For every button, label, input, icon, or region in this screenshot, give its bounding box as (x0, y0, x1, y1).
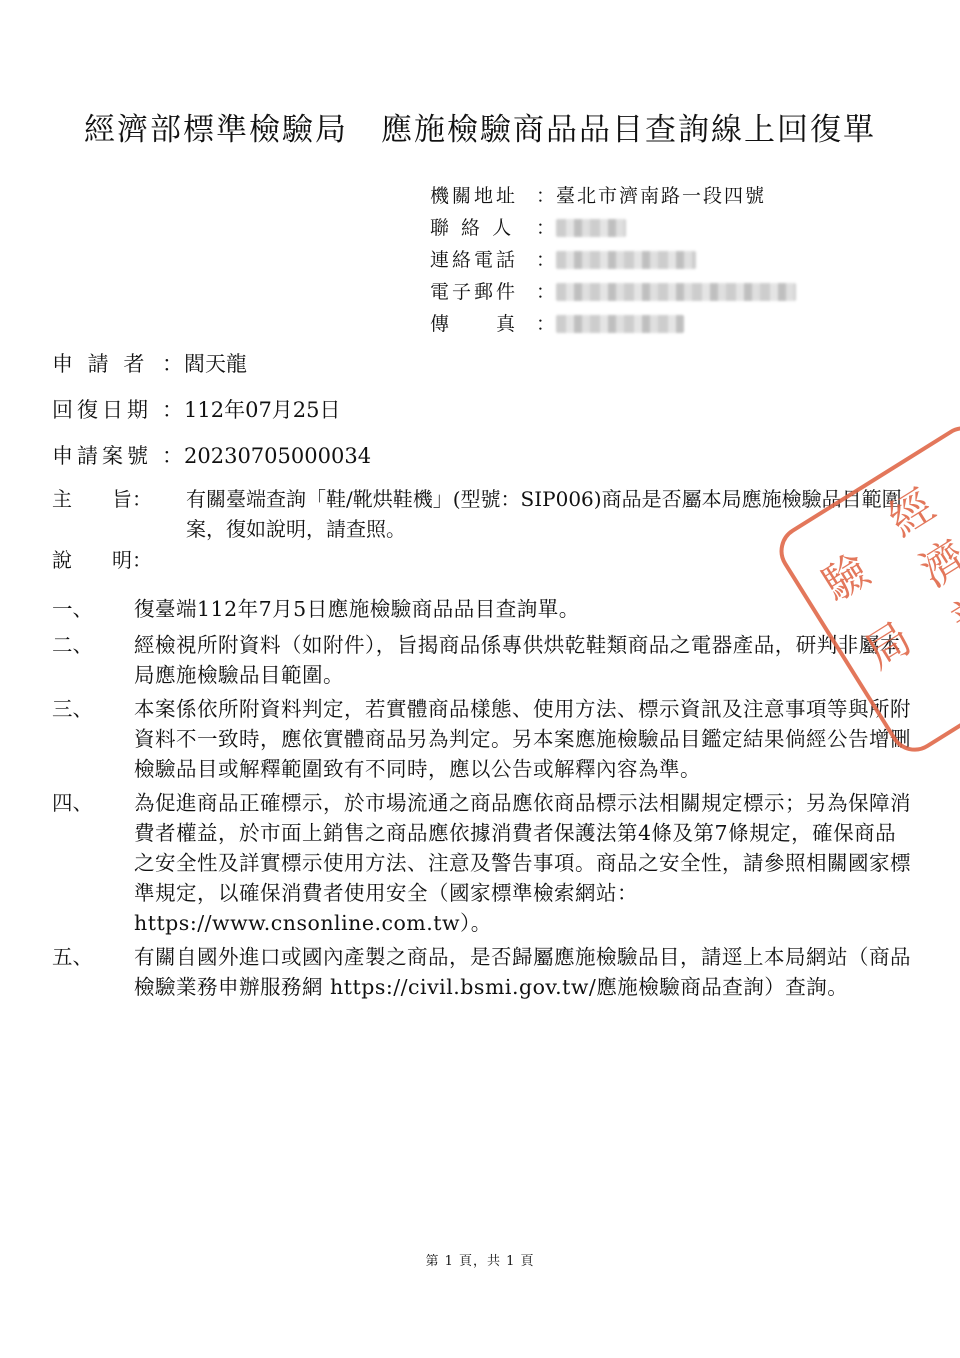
item-text: 為促進商品正確標示，於市場流通之商品應依商品標示法相關規定標示；另為保障消費者權… (134, 788, 912, 938)
email-label: 電子郵件 (430, 276, 536, 308)
applicant-value: 閻天龍 (184, 352, 247, 376)
list-item: 四、 為促進商品正確標示，於市場流通之商品應依商品標示法相關規定標示；另為保障消… (52, 788, 912, 938)
seal-char: 部 (937, 573, 960, 651)
item-number: 四、 (52, 788, 134, 938)
contact-person-row: 聯 絡 人 ： (430, 212, 796, 244)
colon: ： (536, 244, 550, 276)
colon: ： (162, 348, 184, 378)
explanation-list: 一、 復臺端112年7月5日應施檢驗商品品目查詢單。 二、 經檢視所附資料（如附… (52, 594, 912, 1006)
applicant-row: 申 請 者：閻天龍 (52, 348, 247, 378)
item-number: 五、 (52, 942, 134, 1002)
reply-date-label: 回復日期 (52, 394, 162, 424)
case-number-label: 申請案號 (52, 440, 162, 470)
list-item: 一、 復臺端112年7月5日應施檢驗商品品目查詢單。 (52, 594, 912, 624)
colon: ： (162, 394, 184, 424)
colon: ： (536, 308, 550, 340)
case-number-value: 20230705000034 (184, 444, 371, 468)
colon: ： (536, 212, 550, 244)
item-number: 三、 (52, 694, 134, 784)
fax-label: 傳 真 (430, 308, 536, 340)
address-value: 臺北市濟南路一段四號 (556, 180, 766, 212)
subject-label: 主 旨： (52, 484, 152, 514)
list-item: 五、 有關自國外進口或國內產製之商品，是否歸屬應施檢驗品目，請逕上本局網站（商品… (52, 942, 912, 1002)
contact-fax-row: 傳 真 ： (430, 308, 796, 340)
applicant-label: 申 請 者 (52, 348, 162, 378)
address-label: 機關地址 (430, 180, 536, 212)
case-number-row: 申請案號：20230705000034 (52, 440, 371, 470)
list-item: 二、 經檢視所附資料（如附件），旨揭商品係專供烘乾鞋類商品之電器產品，研判非屬本… (52, 630, 912, 690)
person-label: 聯 絡 人 (430, 212, 536, 244)
phone-label: 連絡電話 (430, 244, 536, 276)
colon: ： (536, 180, 550, 212)
item-text: 復臺端112年7月5日應施檢驗商品品目查詢單。 (134, 594, 912, 624)
document-title: 經濟部標準檢驗局 應施檢驗商品品目查詢線上回復單 (0, 104, 960, 149)
contact-phone-row: 連絡電話 ： (430, 244, 796, 276)
reply-date-value: 112年07月25日 (184, 398, 341, 422)
item-text: 有關自國外進口或國內產製之商品，是否歸屬應施檢驗品目，請逕上本局網站（商品檢驗業… (134, 942, 912, 1002)
reply-date-row: 回復日期：112年07月25日 (52, 394, 341, 424)
seal-char: 濟 (906, 522, 960, 600)
contact-email-row: 電子郵件 ： (430, 276, 796, 308)
item-number: 一、 (52, 594, 134, 624)
contact-address-row: 機關地址 ： 臺北市濟南路一段四號 (430, 180, 796, 212)
redacted-phone (556, 251, 696, 269)
page-number: 第 1 頁，共 1 頁 (0, 1250, 960, 1269)
redacted-fax (556, 315, 684, 333)
explanation-label: 說 明： (52, 544, 152, 573)
item-text: 本案係依所附資料判定，若實體商品樣態、使用方法、標示資訊及注意事項等與所附資料不… (134, 694, 912, 784)
item-number: 二、 (52, 630, 134, 690)
list-item: 三、 本案係依所附資料判定，若實體商品樣態、使用方法、標示資訊及注意事項等與所附… (52, 694, 912, 784)
subject-section: 主 旨： 有關臺端查詢「鞋/靴烘鞋機」(型號：SIP006)商品是否屬本局應施檢… (52, 484, 912, 544)
redacted-person (556, 219, 626, 237)
redacted-email (556, 283, 796, 301)
contact-block: 機關地址 ： 臺北市濟南路一段四號 聯 絡 人 ： 連絡電話 ： 電子郵件 ： … (430, 180, 796, 340)
colon: ： (162, 440, 184, 470)
colon: ： (536, 276, 550, 308)
subject-text: 有關臺端查詢「鞋/靴烘鞋機」(型號：SIP006)商品是否屬本局應施檢驗品目範圍… (186, 484, 912, 544)
item-text: 經檢視所附資料（如附件），旨揭商品係專供烘乾鞋類商品之電器產品，研判非屬本局應施… (134, 630, 912, 690)
